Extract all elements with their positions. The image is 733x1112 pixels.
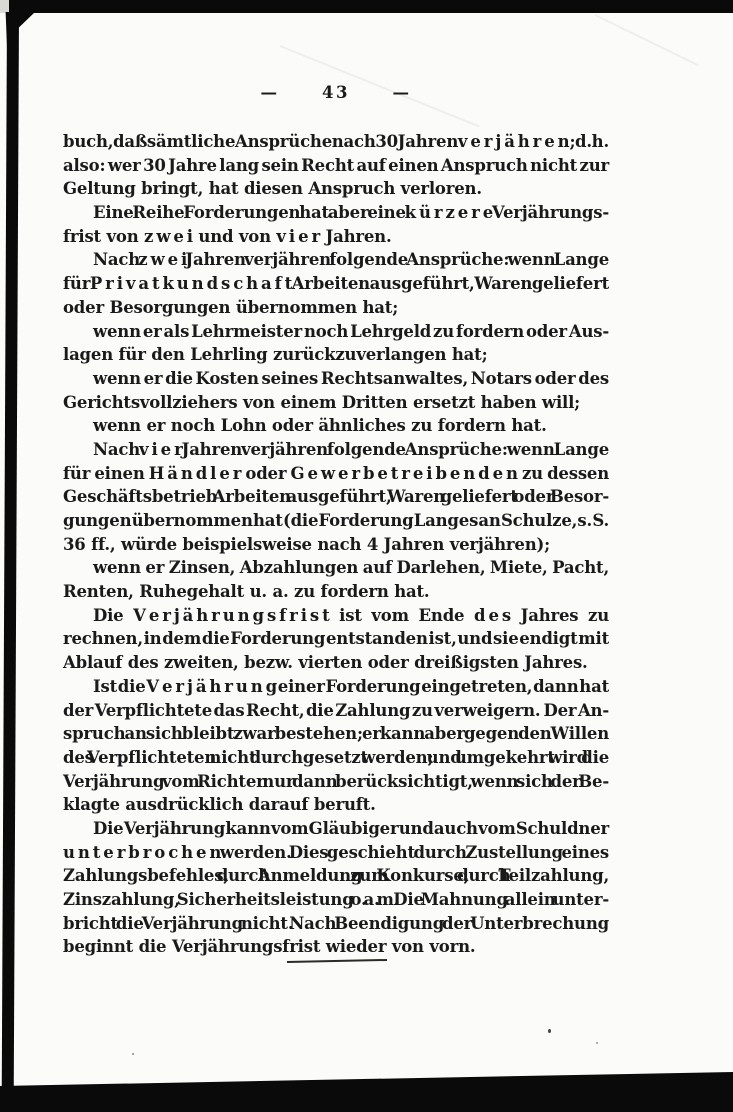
text-line: wenn er die Kosten seines Rechtsanwaltes… [63, 367, 609, 391]
text-line-content: frist von z w e i und von v i e r Jahren… [63, 225, 392, 249]
text-line: Gerichtsvollziehers von einem Dritten er… [63, 391, 609, 415]
text-line: Verjährung vom Richter nur dann berücksi… [63, 770, 609, 794]
text-line: für einen H ä n d l e r oder G e w e r b… [63, 462, 609, 486]
text-line: Zahlungsbefehles, durch Anmeldung zum Ko… [63, 864, 609, 888]
text-line-content: gungen übernommen hat (die Forderung Lan… [63, 509, 609, 533]
text-line: also: wer 30 Jahre lang sein Recht auf e… [63, 154, 609, 178]
text-line-content: Zinszahlung, Sicherheitsleistung o. a. m… [63, 888, 609, 912]
text-line-content: 36 ff., würde beispielsweise nach 4 Jahr… [63, 533, 550, 557]
text-line: wenn er noch Lohn oder ähnliches zu ford… [63, 414, 609, 438]
text-line-content: also: wer 30 Jahre lang sein Recht auf e… [63, 154, 609, 178]
text-line: klagte ausdrücklich darauf beruft. [63, 793, 609, 817]
text-line-content: wenn er als Lehrmeister noch Lehrgeld zu… [93, 320, 609, 344]
text-line-content: Geschäftsbetrieb Arbeiten ausgeführt, Wa… [63, 485, 609, 509]
text-line: frist von z w e i und von v i e r Jahren… [63, 225, 609, 249]
scan-edge-bottom [0, 1060, 733, 1112]
text-line: wenn er Zinsen, Abzahlungen auf Darlehen… [63, 556, 609, 580]
text-line: beginnt die Verjährungsfrist wieder von … [63, 935, 609, 959]
text-line-content: Die V e r j ä h r u n g s f r i s t ist … [93, 604, 609, 628]
text-line: Renten, Ruhegehalt u. a. zu fordern hat. [63, 580, 609, 604]
text-line-content: Zahlungsbefehles, durch Anmeldung zum Ko… [63, 864, 609, 888]
body-text: buch, daß sämtliche Ansprüche nach 30 Ja… [63, 130, 609, 959]
scan-edge-top [0, 0, 733, 13]
text-line: Eine Reihe Forderungen hat aber eine k ü… [63, 201, 609, 225]
text-line-content: spruch an sich bleibt zwar bestehen; er … [63, 722, 609, 746]
book-spine-curl [5, 12, 35, 72]
text-line: Nach z w e i Jahren verjähren folgende A… [63, 248, 609, 272]
scanned-page: — 43 — buch, daß sämtliche Ansprüche nac… [0, 0, 733, 1112]
text-line: Die Verjährung kann vom Gläubiger und au… [63, 817, 609, 841]
text-line-content: rechnen, in dem die Forderung entstanden… [63, 627, 609, 651]
text-line: lagen für den Lehrling zurückzuverlangen… [63, 343, 609, 367]
text-line-content: u n t e r b r o c h e n werden. Dies ges… [63, 841, 609, 865]
text-line-content: für einen H ä n d l e r oder G e w e r b… [63, 462, 609, 486]
text-line-content: wenn er Zinsen, Abzahlungen auf Darlehen… [93, 556, 609, 580]
text-line: Die V e r j ä h r u n g s f r i s t ist … [63, 604, 609, 628]
page-number-header: — 43 — [63, 83, 609, 102]
text-line: für P r i v a t k u n d s c h a f t Arbe… [63, 272, 609, 296]
text-line-content: buch, daß sämtliche Ansprüche nach 30 Ja… [63, 130, 609, 154]
text-line-content: Gerichtsvollziehers von einem Dritten er… [63, 391, 580, 415]
text-line-content: bricht die Verjährung nicht. Nach Beendi… [63, 912, 609, 936]
text-line-content: oder Besorgungen übernommen hat; [63, 296, 398, 320]
text-line: Ablauf des zweiten, bezw. vierten oder d… [63, 651, 609, 675]
text-line: wenn er als Lehrmeister noch Lehrgeld zu… [63, 320, 609, 344]
text-line: buch, daß sämtliche Ansprüche nach 30 Ja… [63, 130, 609, 154]
scan-scratch [595, 14, 699, 66]
text-line: 36 ff., würde beispielsweise nach 4 Jahr… [63, 533, 609, 557]
text-line: Zinszahlung, Sicherheitsleistung o. a. m… [63, 888, 609, 912]
text-line-content: beginnt die Verjährungsfrist wieder von … [63, 935, 475, 959]
text-line-content: der Verpflichtete das Recht, die Zahlung… [63, 699, 609, 723]
text-line-content: wenn er die Kosten seines Rechtsanwaltes… [93, 367, 609, 391]
text-line: rechnen, in dem die Forderung entstanden… [63, 627, 609, 651]
section-divider-rule [287, 959, 387, 963]
text-line-content: wenn er noch Lohn oder ähnliches zu ford… [93, 414, 547, 438]
text-line: Geltung bringt, hat diesen Anspruch verl… [63, 177, 609, 201]
text-line-content: Eine Reihe Forderungen hat aber eine k ü… [93, 201, 609, 225]
text-line: der Verpflichtete das Recht, die Zahlung… [63, 699, 609, 723]
text-line-content: lagen für den Lehrling zurückzuverlangen… [63, 343, 487, 367]
scan-dust-speck [548, 1029, 551, 1033]
text-line: des Verpflichteten nicht durchgesetzt we… [63, 746, 609, 770]
text-line-content: Verjährung vom Richter nur dann berücksi… [63, 770, 609, 794]
scan-dust-speck [596, 1042, 598, 1044]
text-line: Nach v i e r Jahren verjähren folgende A… [63, 438, 609, 462]
text-line-content: Ist die V e r j ä h r u n g einer Forder… [93, 675, 609, 699]
text-line-content: Ablauf des zweiten, bezw. vierten oder d… [63, 651, 588, 675]
text-line-content: klagte ausdrücklich darauf beruft. [63, 793, 376, 817]
text-line: gungen übernommen hat (die Forderung Lan… [63, 509, 609, 533]
text-line-content: Renten, Ruhegehalt u. a. zu fordern hat. [63, 580, 429, 604]
text-line-content: Die Verjährung kann vom Gläubiger und au… [93, 817, 609, 841]
text-line-content: für P r i v a t k u n d s c h a f t Arbe… [63, 272, 609, 296]
text-line: Geschäftsbetrieb Arbeiten ausgeführt, Wa… [63, 485, 609, 509]
text-line-content: Nach v i e r Jahren verjähren folgende A… [93, 438, 609, 462]
text-line: oder Besorgungen übernommen hat; [63, 296, 609, 320]
text-line-content: des Verpflichteten nicht durchgesetzt we… [63, 746, 609, 770]
text-line: spruch an sich bleibt zwar bestehen; er … [63, 722, 609, 746]
scan-dust-speck [132, 1053, 134, 1055]
text-line: bricht die Verjährung nicht. Nach Beendi… [63, 912, 609, 936]
book-spine-shadow [2, 12, 19, 1088]
text-line: Ist die V e r j ä h r u n g einer Forder… [63, 675, 609, 699]
text-line-content: Geltung bringt, hat diesen Anspruch verl… [63, 177, 482, 201]
text-line: u n t e r b r o c h e n werden. Dies ges… [63, 841, 609, 865]
text-line-content: Nach z w e i Jahren verjähren folgende A… [93, 248, 609, 272]
